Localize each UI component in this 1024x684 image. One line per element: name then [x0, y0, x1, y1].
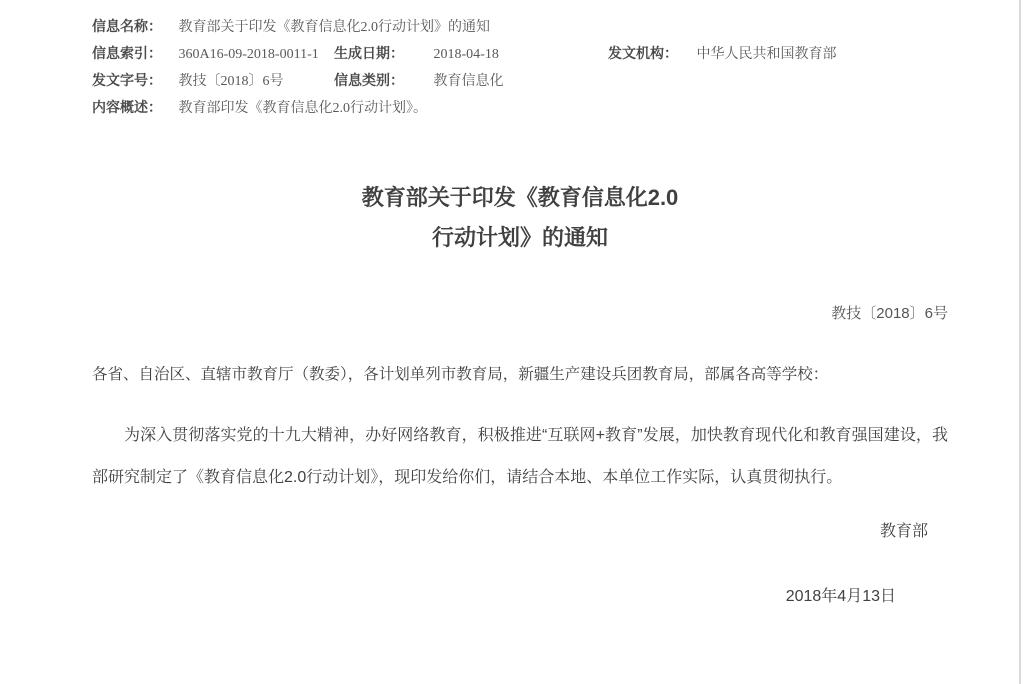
meta-label-issuing-org: 发文机构： — [608, 41, 693, 68]
meta-value-info-index: 360A16-09-2018-0011-1 — [179, 41, 331, 68]
meta-value-doc-number: 教技〔2018〕6号 — [179, 68, 331, 95]
meta-row-info-name: 信息名称： 教育部关于印发《教育信息化2.0行动计划》的通知 — [92, 14, 948, 41]
salutation-line: 各省、自治区、直辖市教育厅（教委），各计划单列市教育局，新疆生产建设兵团教育局，… — [92, 364, 948, 385]
meta-row-summary: 内容概述： 教育部印发《教育信息化2.0行动计划》。 — [92, 95, 948, 122]
meta-value-issuing-org: 中华人民共和国教育部 — [697, 47, 837, 62]
page-right-edge-divider — [1019, 0, 1021, 684]
meta-row-docno-category: 发文字号： 教技〔2018〕6号 信息类别： 教育信息化 — [92, 68, 948, 95]
meta-row-index-date-org: 信息索引： 360A16-09-2018-0011-1 生成日期： 2018-0… — [92, 41, 948, 68]
document-number-line: 教技〔2018〕6号 — [92, 303, 948, 324]
date-line: 2018年4月13日 — [92, 586, 948, 607]
meta-label-doc-number: 发文字号： — [92, 68, 175, 95]
document-meta-table: 信息名称： 教育部关于印发《教育信息化2.0行动计划》的通知 信息索引： 360… — [92, 14, 948, 122]
meta-value-info-category: 教育信息化 — [434, 68, 605, 95]
document-title-line2: 行动计划》的通知 — [92, 218, 948, 258]
meta-value-info-name: 教育部关于印发《教育信息化2.0行动计划》的通知 — [179, 20, 491, 35]
document-title: 教育部关于印发《教育信息化2.0 行动计划》的通知 — [92, 178, 948, 258]
document-content: 信息名称： 教育部关于印发《教育信息化2.0行动计划》的通知 信息索引： 360… — [92, 14, 948, 607]
meta-label-info-name: 信息名称： — [92, 14, 175, 41]
meta-value-gen-date: 2018-04-18 — [434, 41, 605, 68]
signer-line: 教育部 — [92, 521, 948, 542]
meta-label-summary: 内容概述： — [92, 95, 175, 122]
body-paragraph: 为深入贯彻落实党的十九大精神，办好网络教育，积极推进“互联网+教育”发展，加快教… — [92, 415, 948, 499]
meta-label-info-category: 信息类别： — [334, 68, 430, 95]
meta-label-gen-date: 生成日期： — [334, 41, 430, 68]
meta-value-summary: 教育部印发《教育信息化2.0行动计划》。 — [179, 101, 428, 116]
document-title-line1: 教育部关于印发《教育信息化2.0 — [92, 178, 948, 218]
document-page: 信息名称： 教育部关于印发《教育信息化2.0行动计划》的通知 信息索引： 360… — [0, 0, 1024, 684]
meta-label-info-index: 信息索引： — [92, 41, 175, 68]
